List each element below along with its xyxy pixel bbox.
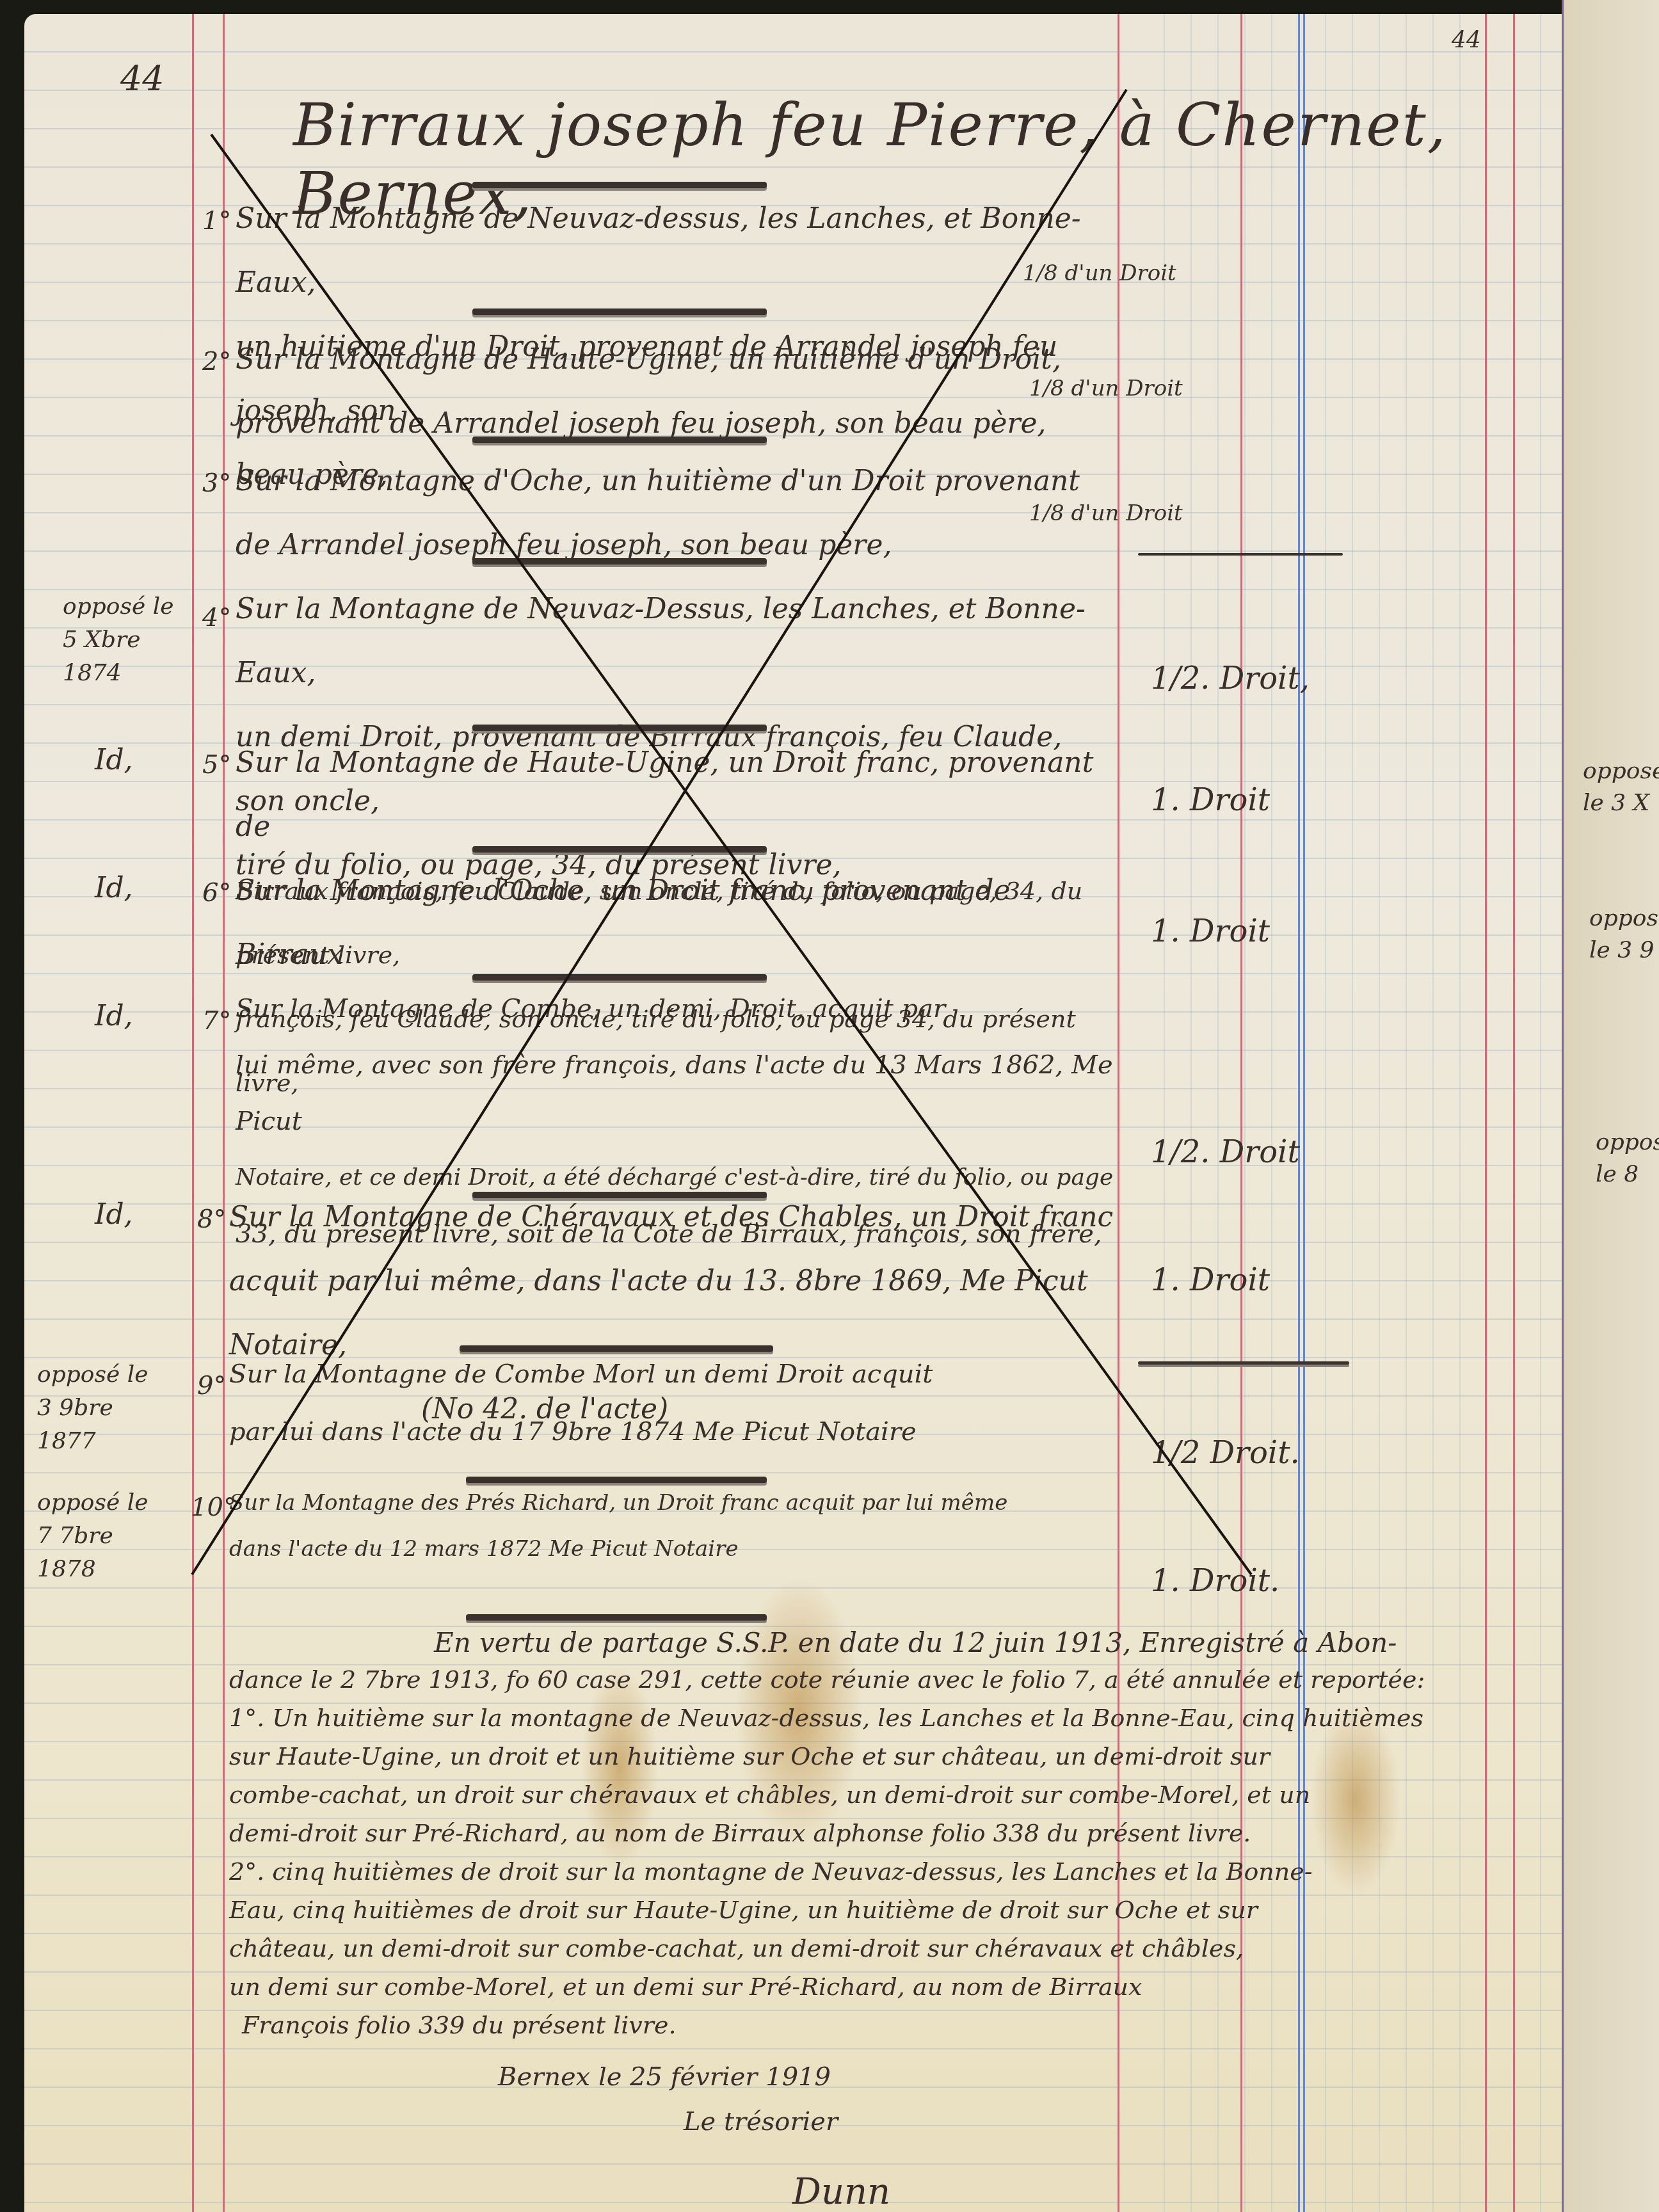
facing-margin-note: opposé le 8 bbox=[1596, 1126, 1659, 1190]
right-rule-a bbox=[1485, 14, 1487, 2212]
ledger-page: 44 44 Birraux joseph feu Pierre, à Chern… bbox=[24, 14, 1573, 2212]
entry-divider bbox=[472, 558, 767, 565]
entry-number: 7° bbox=[202, 1006, 231, 1036]
partition-note-line: demi-droit sur Pré-Richard, au nom de Bi… bbox=[229, 1819, 1251, 1847]
entry-divider bbox=[472, 974, 767, 981]
entry-number: 6° bbox=[202, 878, 231, 908]
entry-line: Sur la Montagne de Combe, un demi, Droit… bbox=[236, 981, 1119, 1037]
subtotal-rule bbox=[1138, 1361, 1349, 1365]
entry-line: Sur la Montagne de Combe Morl un demi Dr… bbox=[229, 1345, 1125, 1403]
facing-margin-note: opposé le 3 X bbox=[1583, 755, 1659, 819]
folio-number-right: 44 bbox=[1452, 27, 1481, 53]
margin-annotation: opposé le 3 9bre 1877 bbox=[37, 1358, 152, 1458]
entry-divider bbox=[472, 309, 767, 315]
entry-amount: 1/2. Droit, bbox=[1151, 661, 1310, 696]
partition-note-line: En vertu de partage S.S.P. en date du 12… bbox=[434, 1627, 1397, 1658]
entry-number: 2° bbox=[202, 347, 231, 376]
entry-number: 8° bbox=[197, 1205, 226, 1234]
entry-amount: 1. Droit bbox=[1151, 782, 1270, 818]
right-rule-b bbox=[1513, 14, 1515, 2212]
margin-annotation: opposé le 7 7bre 1878 bbox=[37, 1486, 152, 1586]
number-rule bbox=[223, 14, 225, 2212]
partition-note-line: 2°. cinq huitièmes de droit sur la monta… bbox=[229, 1857, 1313, 1886]
margin-annotation: opposé le 5 Xbre 1874 bbox=[63, 590, 178, 690]
entry-line: Sur la Montagne de Chéravaux et des Chab… bbox=[229, 1185, 1125, 1249]
partition-note-line: François folio 339 du présent livre. bbox=[242, 2011, 677, 2039]
entry-text: Sur la Montagne des Prés Richard, un Dro… bbox=[229, 1480, 1125, 1572]
water-stain bbox=[1311, 1704, 1400, 1896]
signatory-title: Le trésorier bbox=[684, 2107, 838, 2136]
partition-note-line: un demi sur combe-Morel, et un demi sur … bbox=[229, 1973, 1142, 2001]
entry-line: par lui dans l'acte du 17 9bre 1874 Me P… bbox=[229, 1403, 1125, 1461]
entry-amount: 1/8 d'un Droit bbox=[1029, 501, 1183, 526]
margin-annotation: Id, bbox=[95, 872, 210, 905]
facing-page-edge: opposé le 3 X opposé le 3 9 opposé le 8 bbox=[1562, 0, 1659, 2212]
subtotal-rule bbox=[1138, 553, 1343, 556]
partition-note-line: Eau, cinq huitièmes de droit sur Haute-U… bbox=[229, 1896, 1258, 1924]
entry-line: Sur la Montagne d'Oche, un Droit franc, … bbox=[236, 859, 1119, 987]
entry-divider bbox=[472, 846, 767, 853]
margin-rule bbox=[192, 14, 194, 2212]
facing-margin-note: opposé le 3 9 bbox=[1589, 902, 1659, 966]
entry-divider bbox=[472, 437, 767, 443]
entry-line: Sur la Montagne de Neuvaz-Dessus, les La… bbox=[236, 577, 1106, 705]
entry-number: 5° bbox=[202, 750, 231, 780]
entry-amount: 1. Droit bbox=[1151, 913, 1270, 949]
entry-line: de Arrandel joseph feu joseph, son beau … bbox=[236, 513, 1106, 577]
entry-amount: 1/8 d'un Droit bbox=[1029, 376, 1183, 401]
entry-number: 3° bbox=[202, 469, 231, 498]
entry-line: Sur la Montagne de Neuvaz-dessus, les La… bbox=[236, 187, 1106, 315]
entry-text: Sur la Montagne de Combe Morl un demi Dr… bbox=[229, 1345, 1125, 1461]
entry-line: lui même, avec son frère françois, dans … bbox=[236, 1037, 1119, 1150]
entry-divider bbox=[472, 725, 767, 731]
margin-annotation: Id, bbox=[95, 744, 210, 777]
entry-amount: 1/2. Droit bbox=[1151, 1134, 1300, 1170]
margin-annotation: Id, bbox=[95, 1000, 210, 1033]
entry-amount: 1/8 d'un Droit bbox=[1023, 260, 1176, 286]
entry-line: Sur la Montagne de Haute-Ugine, un Droit… bbox=[236, 731, 1119, 859]
partition-note-line: dance le 2 7bre 1913, fo 60 case 291, ce… bbox=[229, 1665, 1425, 1694]
entry-line: Sur la Montagne de Haute-Ugine, un huiti… bbox=[236, 328, 1106, 392]
partition-note-line: 1°. Un huitième sur la montagne de Neuva… bbox=[229, 1704, 1423, 1732]
entry-amount: 1. Droit bbox=[1151, 1262, 1270, 1298]
signature: Dunn bbox=[792, 2171, 890, 2212]
entry-line: Sur la Montagne des Prés Richard, un Dro… bbox=[229, 1480, 1125, 1526]
entry-line: provenant de Arrandel joseph feu joseph,… bbox=[236, 392, 1106, 456]
partition-note-line: château, un demi-droit sur combe-cachat,… bbox=[229, 1934, 1244, 1962]
entry-number: 4° bbox=[202, 603, 231, 632]
entry-number: 9° bbox=[197, 1371, 226, 1400]
entry-line: dans l'acte du 12 mars 1872 Me Picut Not… bbox=[229, 1526, 1125, 1572]
entry-amount: 1/2 Droit. bbox=[1151, 1435, 1300, 1471]
partition-note-line: sur Haute-Ugine, un droit et un huitième… bbox=[229, 1742, 1270, 1770]
place-and-date: Bernex le 25 février 1919 bbox=[498, 2062, 831, 2092]
entry-line: Sur la Montagne d'Oche, un huitième d'un… bbox=[236, 449, 1106, 513]
entry-divider bbox=[466, 1614, 767, 1621]
margin-annotation: Id, bbox=[95, 1198, 210, 1231]
folio-number-left: 44 bbox=[120, 59, 164, 99]
entry-amount: 1. Droit. bbox=[1151, 1563, 1279, 1599]
partition-note-line: combe-cachat, un droit sur chéravaux et … bbox=[229, 1781, 1310, 1809]
entry-number: 1° bbox=[202, 206, 231, 236]
